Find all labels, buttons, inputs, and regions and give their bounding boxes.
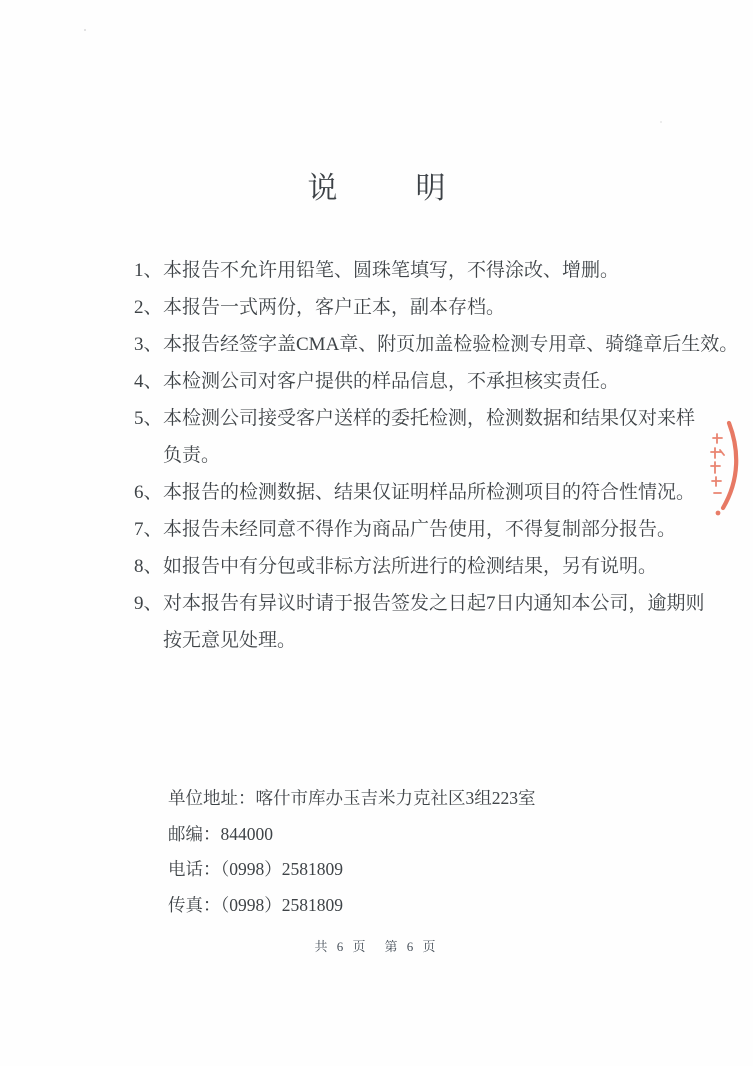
contact-block: 单位地址：喀什市库办玉吉米力克社区3组223室 邮编：844000 电话：（09… — [168, 781, 536, 923]
note-number: 7、 — [134, 511, 163, 548]
note-continuation: 负责。 — [163, 437, 734, 474]
note-text: 本报告经签字盖CMA章、附页加盖检验检测专用章、骑缝章后生效。 — [163, 334, 738, 355]
note-text: 本检测公司对客户提供的样品信息，不承担核实责任。 — [163, 371, 619, 392]
note-text: 本报告的检测数据、结果仅证明样品所检测项目的符合性情况。 — [163, 482, 695, 503]
scan-speck — [84, 29, 86, 31]
document-page: 说 明 1、本报告不允许用铅笔、圆珠笔填写，不得涂改、增删。 2、本报告一式两份… — [0, 0, 753, 1066]
page-footer: 共 6 页 第 6 页 — [0, 936, 753, 955]
note-text: 本报告不允许用铅笔、圆珠笔填写，不得涂改、增删。 — [163, 260, 619, 281]
notes-list: 1、本报告不允许用铅笔、圆珠笔填写，不得涂改、增删。 2、本报告一式两份，客户正… — [134, 252, 734, 659]
note-number: 3、 — [134, 326, 163, 363]
note-item-8: 8、如报告中有分包或非标方法所进行的检测结果，另有说明。 — [134, 548, 734, 585]
note-item-3: 3、本报告经签字盖CMA章、附页加盖检验检测专用章、骑缝章后生效。 — [134, 326, 734, 363]
note-text: 对本报告有异议时请于报告签发之日起7日内通知本公司，逾期则 — [163, 593, 705, 614]
note-continuation: 按无意见处理。 — [163, 622, 734, 659]
footer-current-page: 第 6 页 — [385, 936, 439, 955]
note-item-7: 7、本报告未经同意不得作为商品广告使用，不得复制部分报告。 — [134, 511, 734, 548]
note-number: 6、 — [134, 474, 163, 511]
footer-total-pages: 共 6 页 — [314, 936, 368, 955]
contact-postcode: 邮编：844000 — [168, 817, 536, 853]
note-number: 1、 — [134, 252, 163, 289]
note-number: 8、 — [134, 548, 163, 585]
note-text: 本检测公司接受客户送样的委托检测，检测数据和结果仅对来样 — [163, 408, 695, 429]
note-item-6: 6、本报告的检测数据、结果仅证明样品所检测项目的符合性情况。 — [134, 474, 734, 511]
page-title: 说 明 — [0, 163, 753, 207]
note-number: 5、 — [134, 400, 163, 437]
note-number: 4、 — [134, 363, 163, 400]
scan-speck — [660, 121, 662, 123]
contact-fax: 传真：（0998）2581809 — [168, 888, 536, 924]
note-text: 本报告一式两份，客户正本，副本存档。 — [163, 297, 505, 318]
page-title-char-1: 说 — [308, 163, 338, 207]
note-text: 如报告中有分包或非标方法所进行的检测结果，另有说明。 — [163, 556, 657, 577]
note-item-4: 4、本检测公司对客户提供的样品信息，不承担核实责任。 — [134, 363, 734, 400]
note-item-1: 1、本报告不允许用铅笔、圆珠笔填写，不得涂改、增删。 — [134, 252, 734, 289]
contact-phone: 电话：（0998）2581809 — [168, 852, 536, 888]
page-title-char-2: 明 — [416, 163, 446, 207]
contact-address: 单位地址：喀什市库办玉吉米力克社区3组223室 — [168, 781, 536, 817]
note-number: 9、 — [134, 585, 163, 622]
note-item-5: 5、本检测公司接受客户送样的委托检测，检测数据和结果仅对来样 负责。 — [134, 400, 734, 474]
note-item-9: 9、对本报告有异议时请于报告签发之日起7日内通知本公司，逾期则 按无意见处理。 — [134, 585, 734, 659]
note-number: 2、 — [134, 289, 163, 326]
note-text: 本报告未经同意不得作为商品广告使用，不得复制部分报告。 — [163, 519, 676, 540]
note-item-2: 2、本报告一式两份，客户正本，副本存档。 — [134, 289, 734, 326]
